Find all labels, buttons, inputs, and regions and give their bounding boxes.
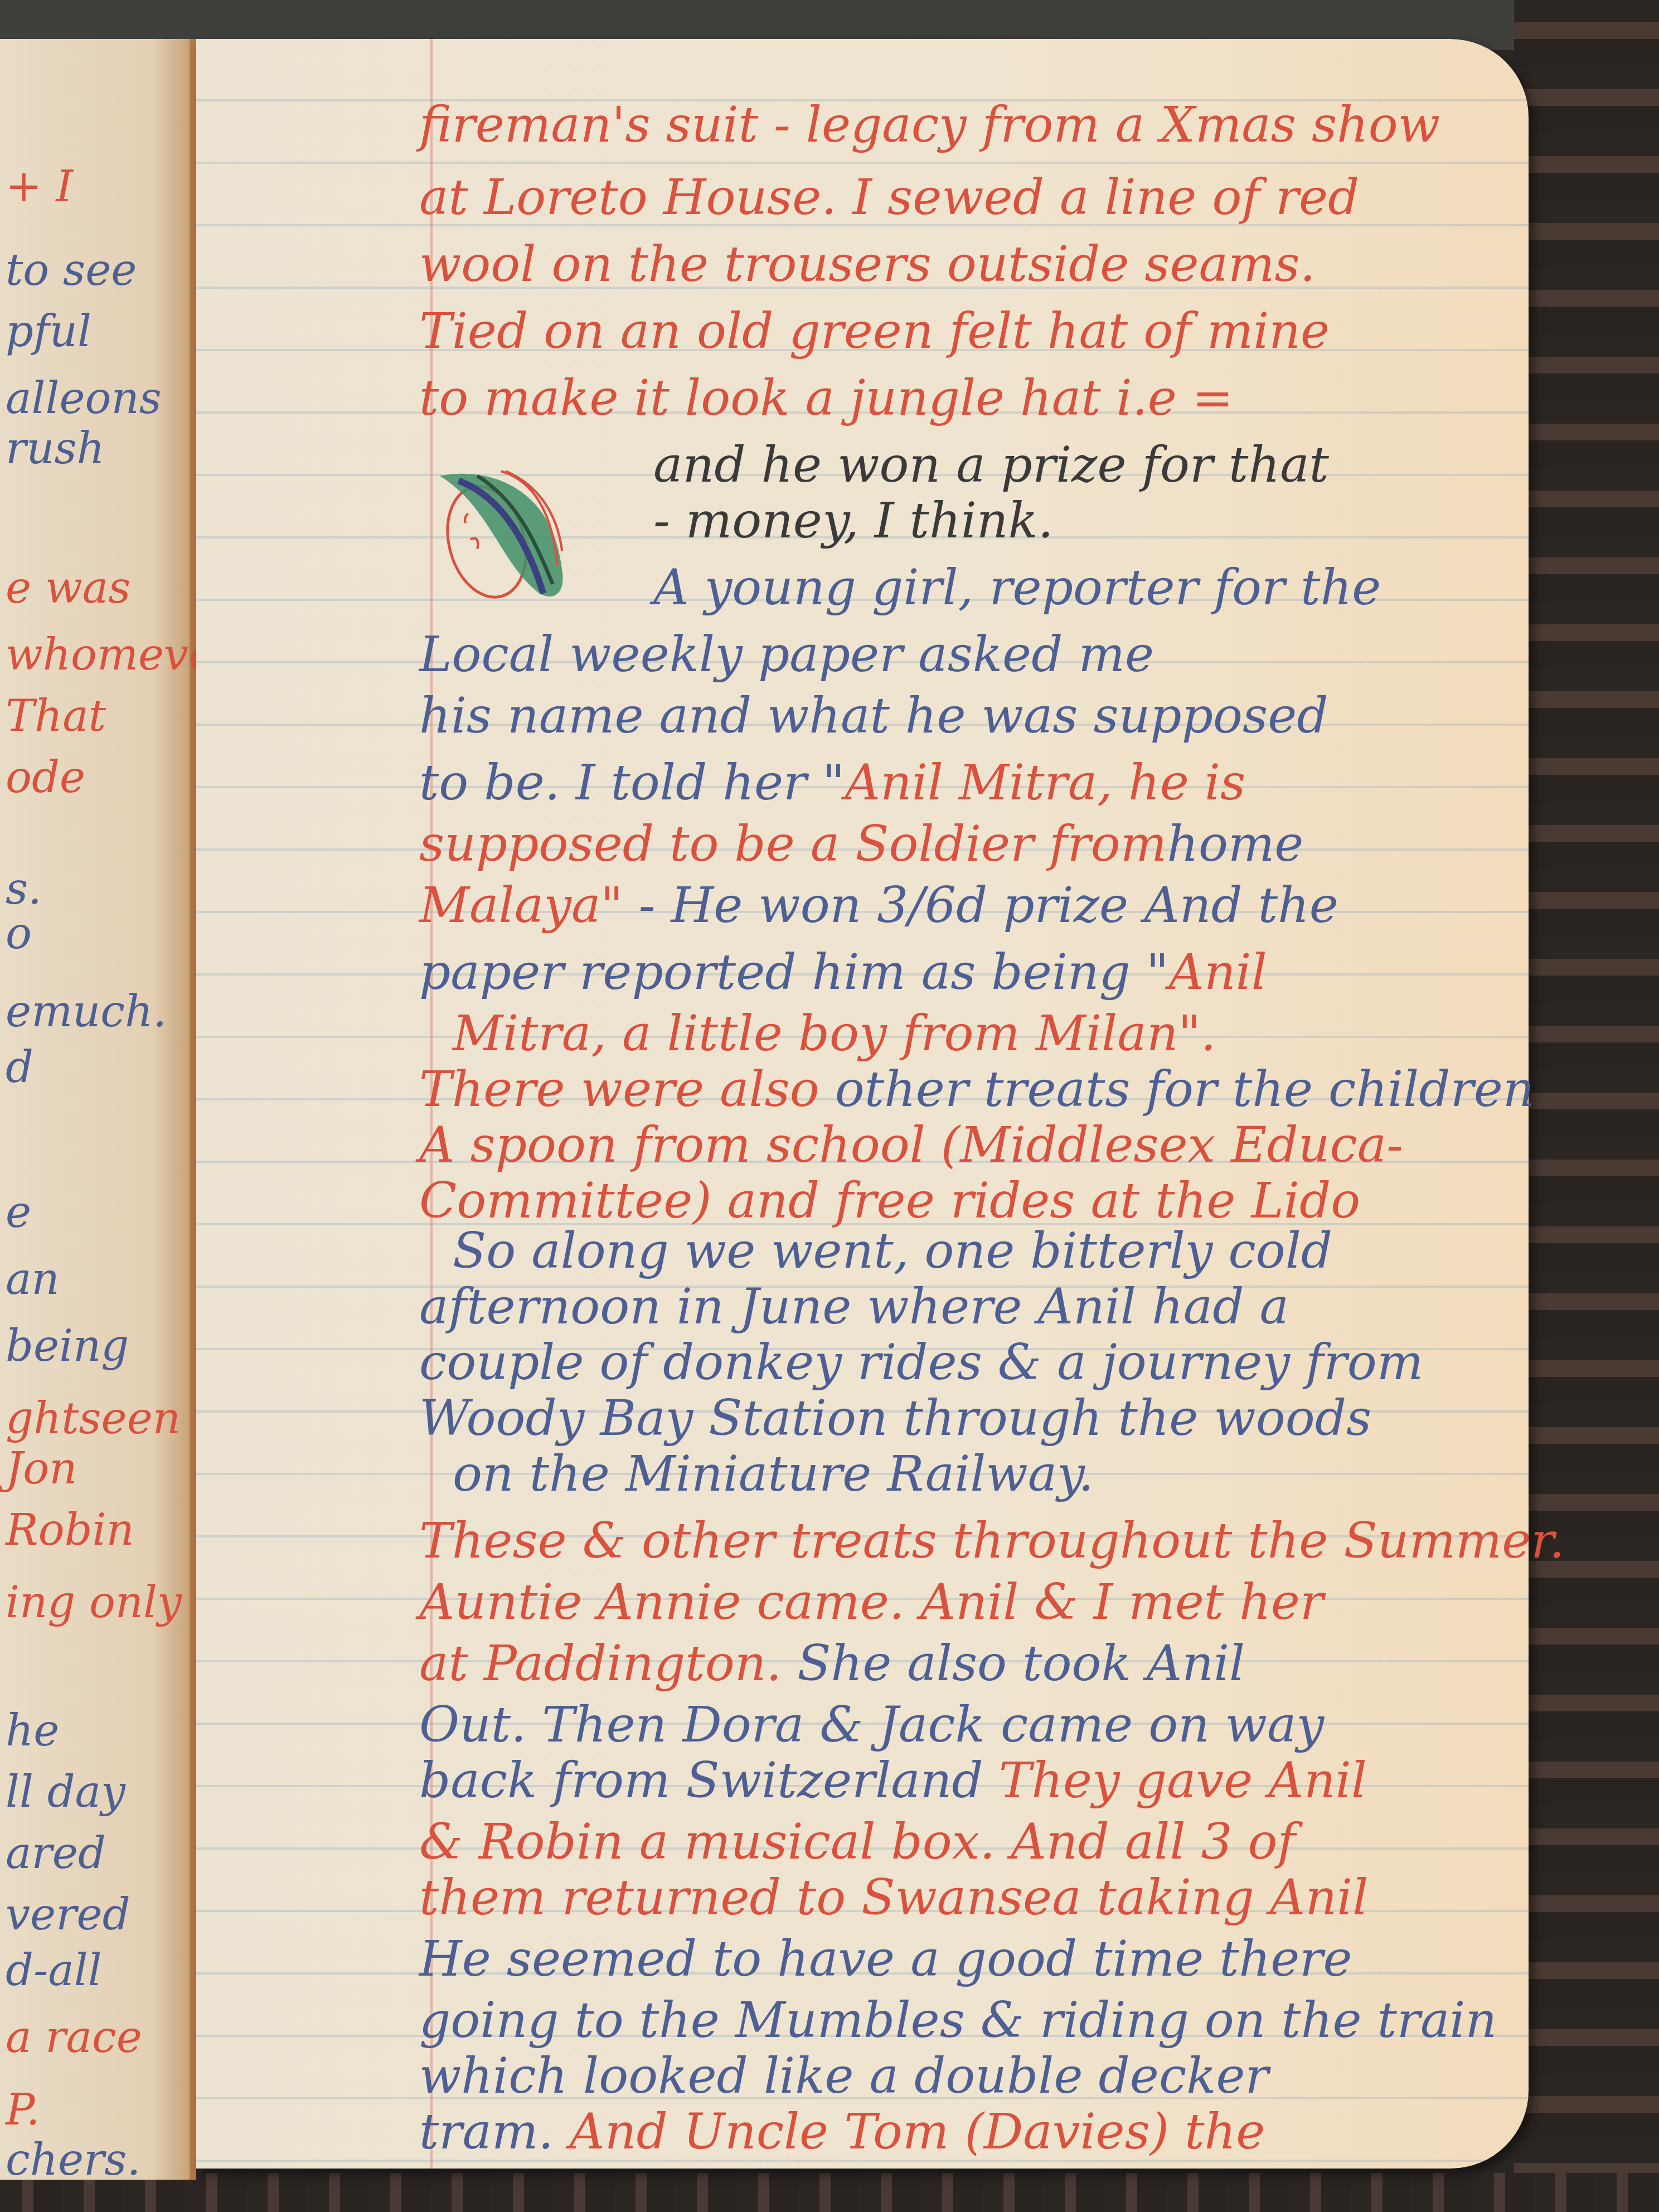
- left-page-fragment: Robin: [6, 1505, 134, 1555]
- left-page-fragment: ghtseen: [6, 1394, 181, 1444]
- left-page-fragment: vered: [6, 1890, 130, 1940]
- left-page-fragment: ared: [6, 1828, 106, 1879]
- left-page-fragment: d: [6, 1042, 33, 1093]
- handwritten-line: Woody Bay Station through the woods: [419, 1394, 1371, 1443]
- left-page-fragment: chers.: [6, 2135, 140, 2185]
- handwritten-line: at Paddington. She also took Anil: [419, 1639, 1245, 1688]
- left-page-fragment: e: [6, 1187, 31, 1238]
- left-page-fragment: rush: [6, 424, 105, 474]
- handwritten-line: fireman's suit - legacy from a Xmas show: [419, 100, 1440, 149]
- line-text: going to the Mumbles & riding on the tra…: [419, 1991, 1497, 2049]
- wooden-table-bottom: [0, 2173, 1659, 2212]
- line-text-continuation: They gave Anil: [983, 1752, 1367, 1809]
- handwritten-line: and he won a prize for that: [653, 440, 1329, 489]
- line-text: Auntie Annie came. Anil & I met her: [419, 1573, 1323, 1631]
- handwritten-line: going to the Mumbles & riding on the tra…: [419, 1996, 1497, 2045]
- left-page-fragment: ll day: [6, 1767, 125, 1817]
- line-text: There were also: [419, 1060, 819, 1118]
- line-text: He seemed to have a good time there: [419, 1930, 1352, 1987]
- handwritten-line: Auntie Annie came. Anil & I met her: [419, 1578, 1323, 1627]
- handwritten-line: So along we went, one bitterly cold: [453, 1226, 1332, 1275]
- line-text: Tied on an old green felt hat of mine: [419, 302, 1330, 360]
- line-text: Local weekly paper asked me: [419, 625, 1154, 683]
- left-page-fragment: ode: [6, 753, 85, 803]
- wooden-table-background: [1514, 0, 1659, 2212]
- handwritten-line: Local weekly paper asked me: [419, 630, 1154, 679]
- left-page-fragment: a race: [6, 2012, 142, 2063]
- line-text: paper reported him as being ": [419, 943, 1168, 1001]
- handwritten-line: tram. And Uncle Tom (Davies) the: [419, 2107, 1265, 2156]
- handwritten-line: supposed to be a Soldier fromhome: [419, 819, 1303, 869]
- line-text-continuation: other treats for the children: [819, 1060, 1535, 1118]
- line-text: These & other treats throughout the Summ…: [419, 1512, 1565, 1569]
- left-page-fragment: e was: [6, 563, 130, 613]
- line-text: supposed to be a Soldier from: [419, 815, 1167, 872]
- handwritten-line: There were also other treats for the chi…: [419, 1065, 1535, 1114]
- line-text: wool on the trousers outside seams.: [419, 235, 1316, 293]
- line-text: to make it look a jungle hat i.e =: [419, 369, 1233, 426]
- left-page-fragment: o: [6, 909, 32, 959]
- handwritten-line: back from Switzerland They gave Anil: [419, 1756, 1367, 1805]
- left-page-fragment: d-all: [6, 1946, 102, 1996]
- handwritten-line: his name and what he was supposed: [419, 691, 1328, 740]
- handwritten-line: which looked like a double decker: [419, 2051, 1269, 2101]
- handwritten-line: couple of donkey rides & a journey from: [419, 1338, 1423, 1387]
- handwritten-line: Malaya" - He won 3/6d prize And the: [419, 881, 1338, 930]
- line-text: his name and what he was supposed: [419, 687, 1328, 744]
- line-text: which looked like a double decker: [419, 2047, 1269, 2104]
- handwritten-line: paper reported him as being "Anil: [419, 948, 1267, 997]
- left-page-fragment: Jon: [6, 1444, 77, 1494]
- line-text: A spoon from school (Middlesex Educa-: [419, 1116, 1403, 1173]
- handwritten-line: Out. Then Dora & Jack came on way: [419, 1700, 1324, 1749]
- line-text: on the Miniature Railway.: [453, 1445, 1094, 1502]
- left-page-fragment: alleons: [6, 373, 162, 424]
- line-text: Malaya": [419, 876, 623, 934]
- left-page-fragment: + I: [6, 162, 73, 212]
- line-text: at Paddington.: [419, 1634, 782, 1692]
- line-text-continuation: She also took Anil: [782, 1634, 1245, 1692]
- handwritten-line: A spoon from school (Middlesex Educa-: [419, 1120, 1403, 1170]
- jungle-hat-drawing-icon: [430, 452, 581, 613]
- left-page-fragment: ing only: [6, 1578, 182, 1628]
- handwritten-line: on the Miniature Railway.: [453, 1449, 1094, 1498]
- left-page-fragment: an: [6, 1254, 60, 1304]
- handwritten-line: - money, I think.: [653, 496, 1054, 545]
- line-text: Mitra, a little boy from Milan".: [453, 1005, 1216, 1062]
- line-text: couple of donkey rides & a journey from: [419, 1333, 1423, 1391]
- left-page-fragment: he: [6, 1706, 59, 1756]
- line-text-continuation: Anil Mitra, he is: [845, 754, 1245, 811]
- line-text: them returned to Swansea taking Anil: [419, 1869, 1368, 1926]
- line-text: fireman's suit - legacy from a Xmas show: [419, 96, 1440, 153]
- right-page: fireman's suit - legacy from a Xmas show…: [196, 39, 1529, 2169]
- line-text: Committee) and free rides at the Lido: [419, 1172, 1360, 1229]
- line-text-continuation: And Uncle Tom (Davies) the: [554, 2103, 1265, 2160]
- left-page: + Ito seepfulalleonsrushe waswhomeverTha…: [0, 39, 196, 2180]
- line-text: - money, I think.: [653, 492, 1054, 549]
- handwritten-line: to be. I told her "Anil Mitra, he is: [419, 758, 1245, 807]
- left-page-fragment: to see: [6, 245, 137, 295]
- left-page-fragment: P.: [6, 2085, 40, 2135]
- handwritten-line: These & other treats throughout the Summ…: [419, 1516, 1565, 1565]
- handwritten-line: to make it look a jungle hat i.e =: [419, 373, 1233, 423]
- line-text-continuation: - He won 3/6d prize And the: [623, 876, 1338, 934]
- handwritten-line: them returned to Swansea taking Anil: [419, 1873, 1368, 1922]
- line-text: A young girl, reporter for the: [653, 559, 1381, 616]
- line-text: to be. I told her ": [419, 754, 845, 811]
- line-text: and he won a prize for that: [653, 436, 1329, 493]
- line-text: at Loreto House. I sewed a line of red: [419, 168, 1359, 226]
- handwritten-line: Committee) and free rides at the Lido: [419, 1176, 1360, 1225]
- left-page-fragment: s.: [6, 864, 42, 914]
- handwritten-line: Tied on an old green felt hat of mine: [419, 307, 1330, 356]
- line-text: Woody Bay Station through the woods: [419, 1389, 1371, 1447]
- left-page-fragment: pful: [6, 307, 91, 357]
- handwritten-line: & Robin a musical box. And all 3 of: [419, 1817, 1296, 1866]
- line-text-continuation: home: [1167, 815, 1303, 872]
- line-text: tram.: [419, 2103, 554, 2160]
- line-text: Out. Then Dora & Jack came on way: [419, 1696, 1324, 1753]
- line-text: afternoon in June where Anil had a: [419, 1278, 1289, 1335]
- line-text: & Robin a musical box. And all 3 of: [419, 1813, 1296, 1870]
- handwritten-line: afternoon in June where Anil had a: [419, 1282, 1289, 1331]
- left-page-fragment: being: [6, 1321, 129, 1371]
- line-text-continuation: Anil: [1168, 943, 1267, 1001]
- handwritten-line: He seemed to have a good time there: [419, 1934, 1352, 1983]
- line-text: back from Switzerland: [419, 1752, 983, 1809]
- handwritten-line: wool on the trousers outside seams.: [419, 240, 1316, 289]
- handwritten-line: Mitra, a little boy from Milan".: [453, 1009, 1216, 1058]
- handwritten-line: A young girl, reporter for the: [653, 563, 1381, 612]
- left-page-fragment: emuch.: [6, 987, 167, 1037]
- handwritten-line: at Loreto House. I sewed a line of red: [419, 173, 1359, 222]
- left-page-fragment: That: [6, 691, 106, 741]
- line-text: So along we went, one bitterly cold: [453, 1222, 1332, 1279]
